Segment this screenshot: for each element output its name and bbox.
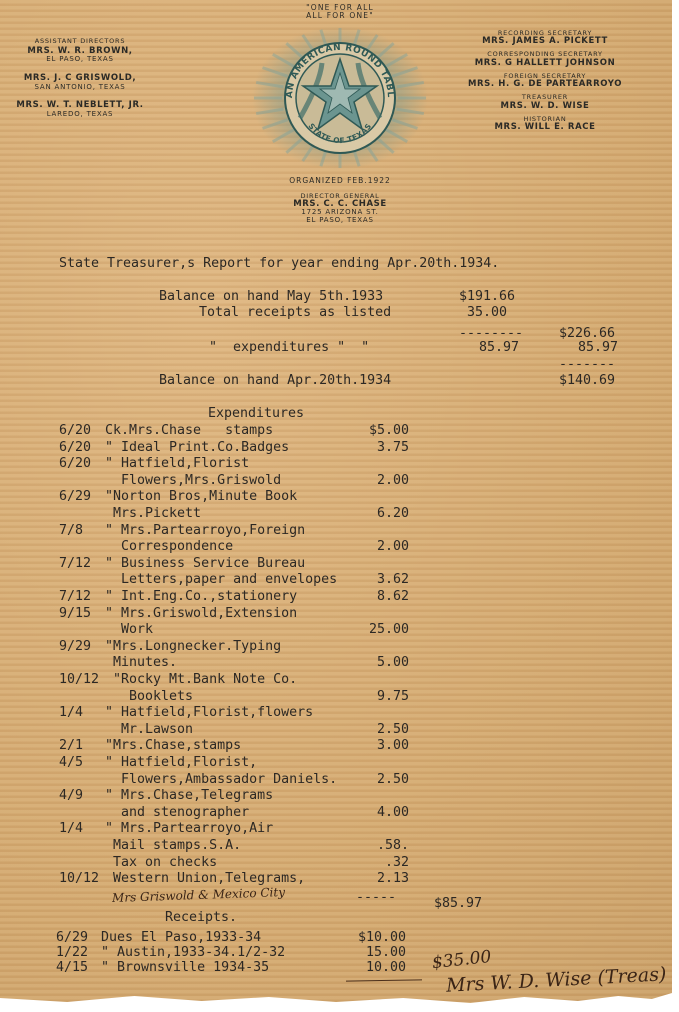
- balance-end-value: $140.69: [559, 373, 615, 390]
- expenditure-date: 9/15: [59, 606, 91, 623]
- expenditure-description: Ck.Mrs.Chase stamps: [105, 423, 273, 440]
- expenditure-amount: .58.: [377, 838, 409, 855]
- expenditure-date: 7/12: [59, 589, 91, 606]
- expenditure-description: Mrs.Pickett: [105, 506, 201, 523]
- expenditure-date: 6/20: [59, 440, 91, 457]
- expenditure-description: Mail stamps.S.A.: [105, 838, 241, 855]
- expenditure-description: " Mrs.Griswold,Extension: [105, 606, 297, 623]
- expenditure-amount: 2.00: [377, 539, 409, 556]
- expenditure-date: 10/12: [59, 871, 99, 888]
- expenditure-description: Flowers,Mrs.Griswold: [105, 473, 281, 490]
- expenditure-description: Flowers,Ambassador Daniels.: [105, 772, 337, 789]
- summary-separator-2: -------: [559, 357, 615, 374]
- expenditure-date: 7/8: [59, 523, 83, 540]
- expenditures-right-value: 85.97: [578, 340, 618, 357]
- expenditures-label: " expenditures " ": [209, 340, 369, 357]
- expenditure-date: 1/4: [59, 821, 83, 838]
- expenditure-description: Letters,paper and envelopes: [105, 572, 337, 589]
- expenditure-description: "Norton Bros,Minute Book: [105, 489, 297, 506]
- expenditure-date: 10/12: [59, 672, 99, 689]
- report-body: State Treasurer,s Report for year ending…: [0, 0, 679, 1012]
- expenditure-description: and stenographer: [105, 805, 249, 822]
- expenditure-date: 6/20: [59, 423, 91, 440]
- expenditure-date: 2/1: [59, 738, 83, 755]
- balance-start-value: $191.66: [459, 289, 515, 306]
- expenditure-amount: 9.75: [377, 689, 409, 706]
- expenditure-description: " Mrs.Chase,Telegrams: [105, 788, 273, 805]
- expenditure-amount: 2.50: [377, 722, 409, 739]
- expenditure-amount: 25.00: [369, 622, 409, 639]
- expenditure-date: 4/5: [59, 755, 83, 772]
- expenditure-description: Work: [105, 622, 153, 639]
- expenditure-amount: $5.00: [369, 423, 409, 440]
- expenditure-amount: 4.00: [377, 805, 409, 822]
- expenditure-description: Mr.Lawson: [105, 722, 193, 739]
- expenditure-date: 7/12: [59, 556, 91, 573]
- expenditure-description: " Hatfield,Florist,: [105, 755, 257, 772]
- expenditure-amount: 2.13: [377, 871, 409, 888]
- expenditure-description: " Mrs.Partearroyo,Air: [105, 821, 273, 838]
- receipt-description: " Brownsville 1934-35: [101, 960, 269, 977]
- expenditures-value: 85.97: [479, 340, 519, 357]
- expenditure-amount: 3.00: [377, 738, 409, 755]
- expenditure-amount: 6.20: [377, 506, 409, 523]
- expenditure-amount: 5.00: [377, 655, 409, 672]
- expenditure-amount: 2.50: [377, 772, 409, 789]
- expenditures-heading: Expenditures: [208, 406, 304, 423]
- expenditure-amount: 2.00: [377, 473, 409, 490]
- receipts-heading: Receipts.: [165, 910, 237, 927]
- expenditure-description: Tax on checks: [105, 855, 217, 872]
- expenditure-description: "Mrs.Chase,stamps: [105, 738, 241, 755]
- expenditures-separator: -----: [356, 890, 396, 907]
- expenditure-description: Minutes.: [105, 655, 177, 672]
- expenditure-amount: .32: [385, 855, 409, 872]
- expenditure-description: Correspondence: [105, 539, 233, 556]
- expenditure-description: "Mrs.Longnecker.Typing: [105, 639, 281, 656]
- expenditure-description: "Rocky Mt.Bank Note Co.: [113, 672, 297, 689]
- handwritten-total: $35.00: [431, 949, 492, 972]
- expenditure-date: 6/20: [59, 456, 91, 473]
- expenditure-date: 9/29: [59, 639, 91, 656]
- expenditure-amount: 3.75: [377, 440, 409, 457]
- balance-start-label: Balance on hand May 5th.1933: [159, 289, 383, 306]
- expenditures-total: $85.97: [434, 896, 482, 913]
- receipts-label: Total receipts as listed: [199, 305, 391, 322]
- receipts-value: 35.00: [467, 305, 507, 322]
- expenditure-description: " Ideal Print.Co.Badges: [105, 440, 289, 457]
- expenditure-description: " Hatfield,Florist,flowers: [105, 705, 313, 722]
- handwritten-underline: [346, 979, 422, 981]
- report-title: State Treasurer,s Report for year ending…: [59, 256, 499, 273]
- expenditure-description: Booklets: [113, 689, 193, 706]
- treasurer-signature: Mrs W. D. Wise (Treas): [446, 966, 667, 994]
- receipt-amount: 10.00: [366, 960, 406, 977]
- expenditure-amount: 3.62: [377, 572, 409, 589]
- expenditure-date: 6/29: [59, 489, 91, 506]
- expenditure-description: " Hatfield,Florist: [105, 456, 249, 473]
- expenditure-date: 4/9: [59, 788, 83, 805]
- receipt-date: 4/15: [56, 960, 88, 977]
- expenditure-amount: 8.62: [377, 589, 409, 606]
- expenditure-description: " Mrs.Partearroyo,Foreign: [105, 523, 305, 540]
- balance-end-label: Balance on hand Apr.20th.1934: [159, 373, 391, 390]
- expenditure-description: " Int.Eng.Co.,stationery: [105, 589, 297, 606]
- expenditure-date: 1/4: [59, 705, 83, 722]
- expenditure-description: " Business Service Bureau: [105, 556, 305, 573]
